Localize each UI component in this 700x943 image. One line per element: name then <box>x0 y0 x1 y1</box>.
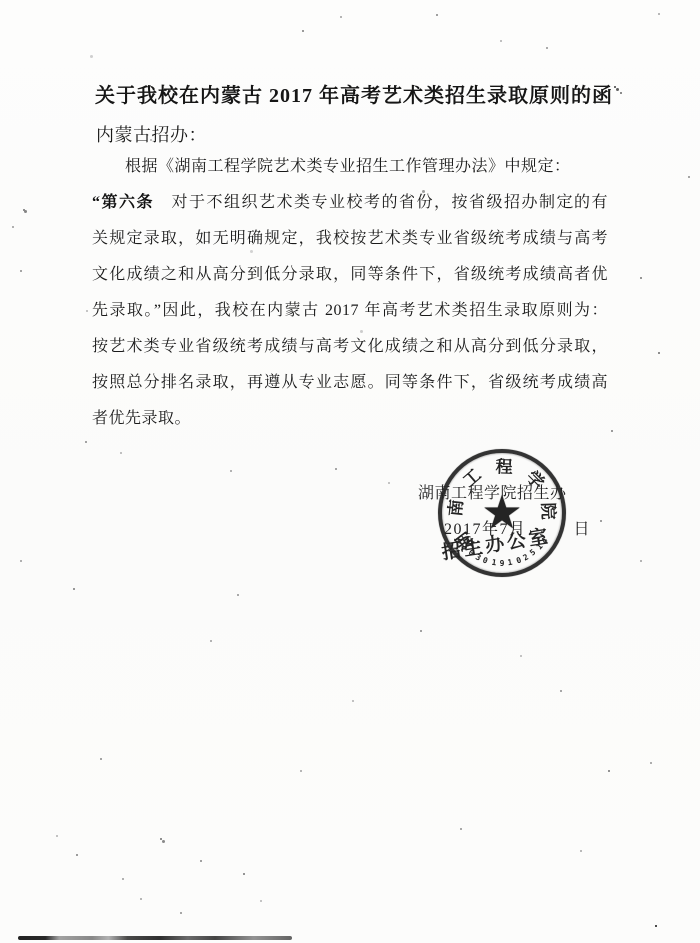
body-line: 者优先录取。 <box>92 401 608 437</box>
body-line: 按艺术类专业省级统考成绩与高考文化成绩之和从高分到低分录取， <box>92 329 608 365</box>
seal-code-digit: 9 <box>500 560 505 568</box>
body-line-text: 根据《湖南工程学院艺术类专业招生工作管理办法》中规定： <box>125 158 571 175</box>
body-line: 先录取。”因此，我校在内蒙古 2017 年高考艺术类招生录取原则为： <box>92 293 608 329</box>
scan-noise-smudges <box>0 0 3 3</box>
scanned-letter-page: 关于我校在内蒙古 2017 年高考艺术类招生录取原则的函 内蒙古招办： 根据《湖… <box>0 0 700 943</box>
official-seal: ★ 招生办公室 湖南工程学院 4203019102514 <box>438 449 566 577</box>
body-line: 文化成绩之和从高分到低分录取，同等条件下，省级统考成绩高者优 <box>92 257 608 293</box>
body-line-text: 按照总分排名录取，再遵从专业志愿。同等条件下，省级统考成绩高 <box>92 374 608 391</box>
seal-arc-char: 程 <box>495 458 513 476</box>
salutation: 内蒙古招办： <box>96 121 207 147</box>
body-line-text: 者优先录取。 <box>92 410 191 427</box>
seal-arc-char: 院 <box>539 503 557 521</box>
letter-title: 关于我校在内蒙古 2017 年高考艺术类招生录取原则的函 <box>95 79 613 108</box>
body-line-text: 文化成绩之和从高分到低分录取，同等条件下，省级统考成绩高者优 <box>92 266 608 283</box>
seal-arc-char: 南 <box>447 499 466 518</box>
body-line: “第六条 对于不组织艺术类专业校考的省份，按省级招办制定的有 <box>92 185 608 221</box>
letter-date-day-suffix: 日 <box>574 521 592 538</box>
body-line-bold: “第六条 <box>92 194 154 211</box>
body-line: 按照总分排名录取，再遵从专业志愿。同等条件下，省级统考成绩高 <box>92 365 608 401</box>
body-line-text: 关规定录取，如无明确规定，我校按艺术类专业省级统考成绩与高考 <box>92 230 608 247</box>
body-line: 根据《湖南工程学院艺术类专业招生工作管理办法》中规定： <box>92 149 608 185</box>
seal-code-digit: 1 <box>491 559 497 568</box>
letter-body: 根据《湖南工程学院艺术类专业招生工作管理办法》中规定： “第六条 对于不组织艺术… <box>92 149 608 437</box>
body-line-text: 按艺术类专业省级统考成绩与高考文化成绩之和从高分到低分录取， <box>92 338 608 355</box>
body-line: 关规定录取，如无明确规定，我校按艺术类专业省级统考成绩与高考 <box>92 221 608 257</box>
body-line-text: 对于不组织艺术类专业校考的省份，按省级招办制定的有 <box>154 194 608 211</box>
body-line-text: 先录取。”因此，我校在内蒙古 2017 年高考艺术类招生录取原则为： <box>92 302 608 319</box>
scan-artifact-bar <box>18 936 292 940</box>
